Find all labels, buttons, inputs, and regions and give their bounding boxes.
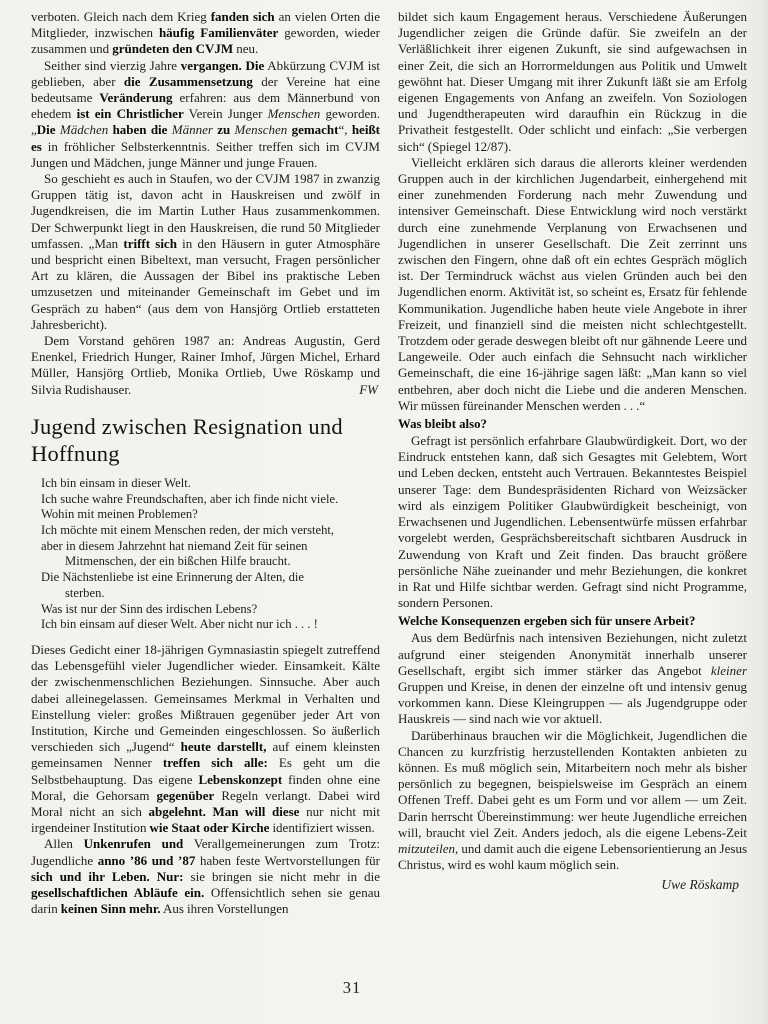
section-subhead: Was bleibt also?: [398, 416, 747, 432]
body-paragraph: Darüberhinaus brauchen wir die Möglichke…: [398, 728, 747, 874]
poem-line: Was ist nur der Sinn des irdischen Leben…: [41, 602, 380, 618]
body-paragraph: bildet sich kaum Engagement heraus. Vers…: [398, 9, 747, 155]
body-paragraph: verboten. Gleich nach dem Krieg fanden s…: [31, 9, 380, 58]
body-paragraph: Aus dem Bedürfnis nach intensiven Bezieh…: [398, 630, 747, 727]
poem-line: Die Nächstenliebe ist eine Erinnerung de…: [41, 570, 380, 586]
two-column-layout: verboten. Gleich nach dem Krieg fanden s…: [31, 9, 748, 917]
body-paragraph: Dieses Gedicht einer 18-jährigen Gymnasi…: [31, 642, 380, 836]
poem-line: Wohin mit meinen Problemen?: [41, 507, 380, 523]
body-paragraph: Allen Unkenrufen und Verallgemeinerungen…: [31, 836, 380, 917]
poem-block: Ich bin einsam in dieser Welt. Ich suche…: [41, 476, 380, 633]
body-paragraph: Gefragt ist persönlich erfahrbare Glaubw…: [398, 433, 747, 611]
poem-line: Ich möchte mit einem Menschen reden, der…: [41, 523, 380, 539]
scanned-magazine-page: verboten. Gleich nach dem Krieg fanden s…: [0, 0, 768, 1024]
left-column: verboten. Gleich nach dem Krieg fanden s…: [31, 9, 380, 917]
board-members-paragraph: Dem Vorstand gehören 1987 an: Andreas Au…: [31, 333, 380, 398]
poem-line: Ich bin einsam in dieser Welt.: [41, 476, 380, 492]
board-members-text: Dem Vorstand gehören 1987 an: Andreas Au…: [31, 333, 380, 397]
page-number: 31: [0, 978, 716, 998]
author-initials: FW: [346, 382, 378, 398]
poem-line: aber in diesem Jahrzehnt hat niemand Zei…: [41, 539, 380, 555]
section-subhead: Welche Konsequenzen ergeben sich für uns…: [398, 613, 747, 629]
poem-line: Ich suche wahre Freundschaften, aber ich…: [41, 492, 380, 508]
poem-line: Ich bin einsam auf dieser Welt. Aber nic…: [41, 617, 380, 633]
body-paragraph: So geschieht es auch in Staufen, wo der …: [31, 171, 380, 333]
poem-line: sterben.: [41, 586, 380, 602]
right-column: bildet sich kaum Engagement heraus. Vers…: [398, 9, 747, 917]
author-signature: Uwe Röskamp: [398, 876, 739, 893]
body-paragraph: Seither sind vierzig Jahre vergangen. Di…: [31, 58, 380, 171]
poem-line: Mitmenschen, der ein bißchen Hilfe brauc…: [41, 554, 380, 570]
body-paragraph: Vielleicht erklären sich daraus die alle…: [398, 155, 747, 414]
article-title: Jugend zwischen Resignation und Hoffnung: [31, 413, 380, 467]
